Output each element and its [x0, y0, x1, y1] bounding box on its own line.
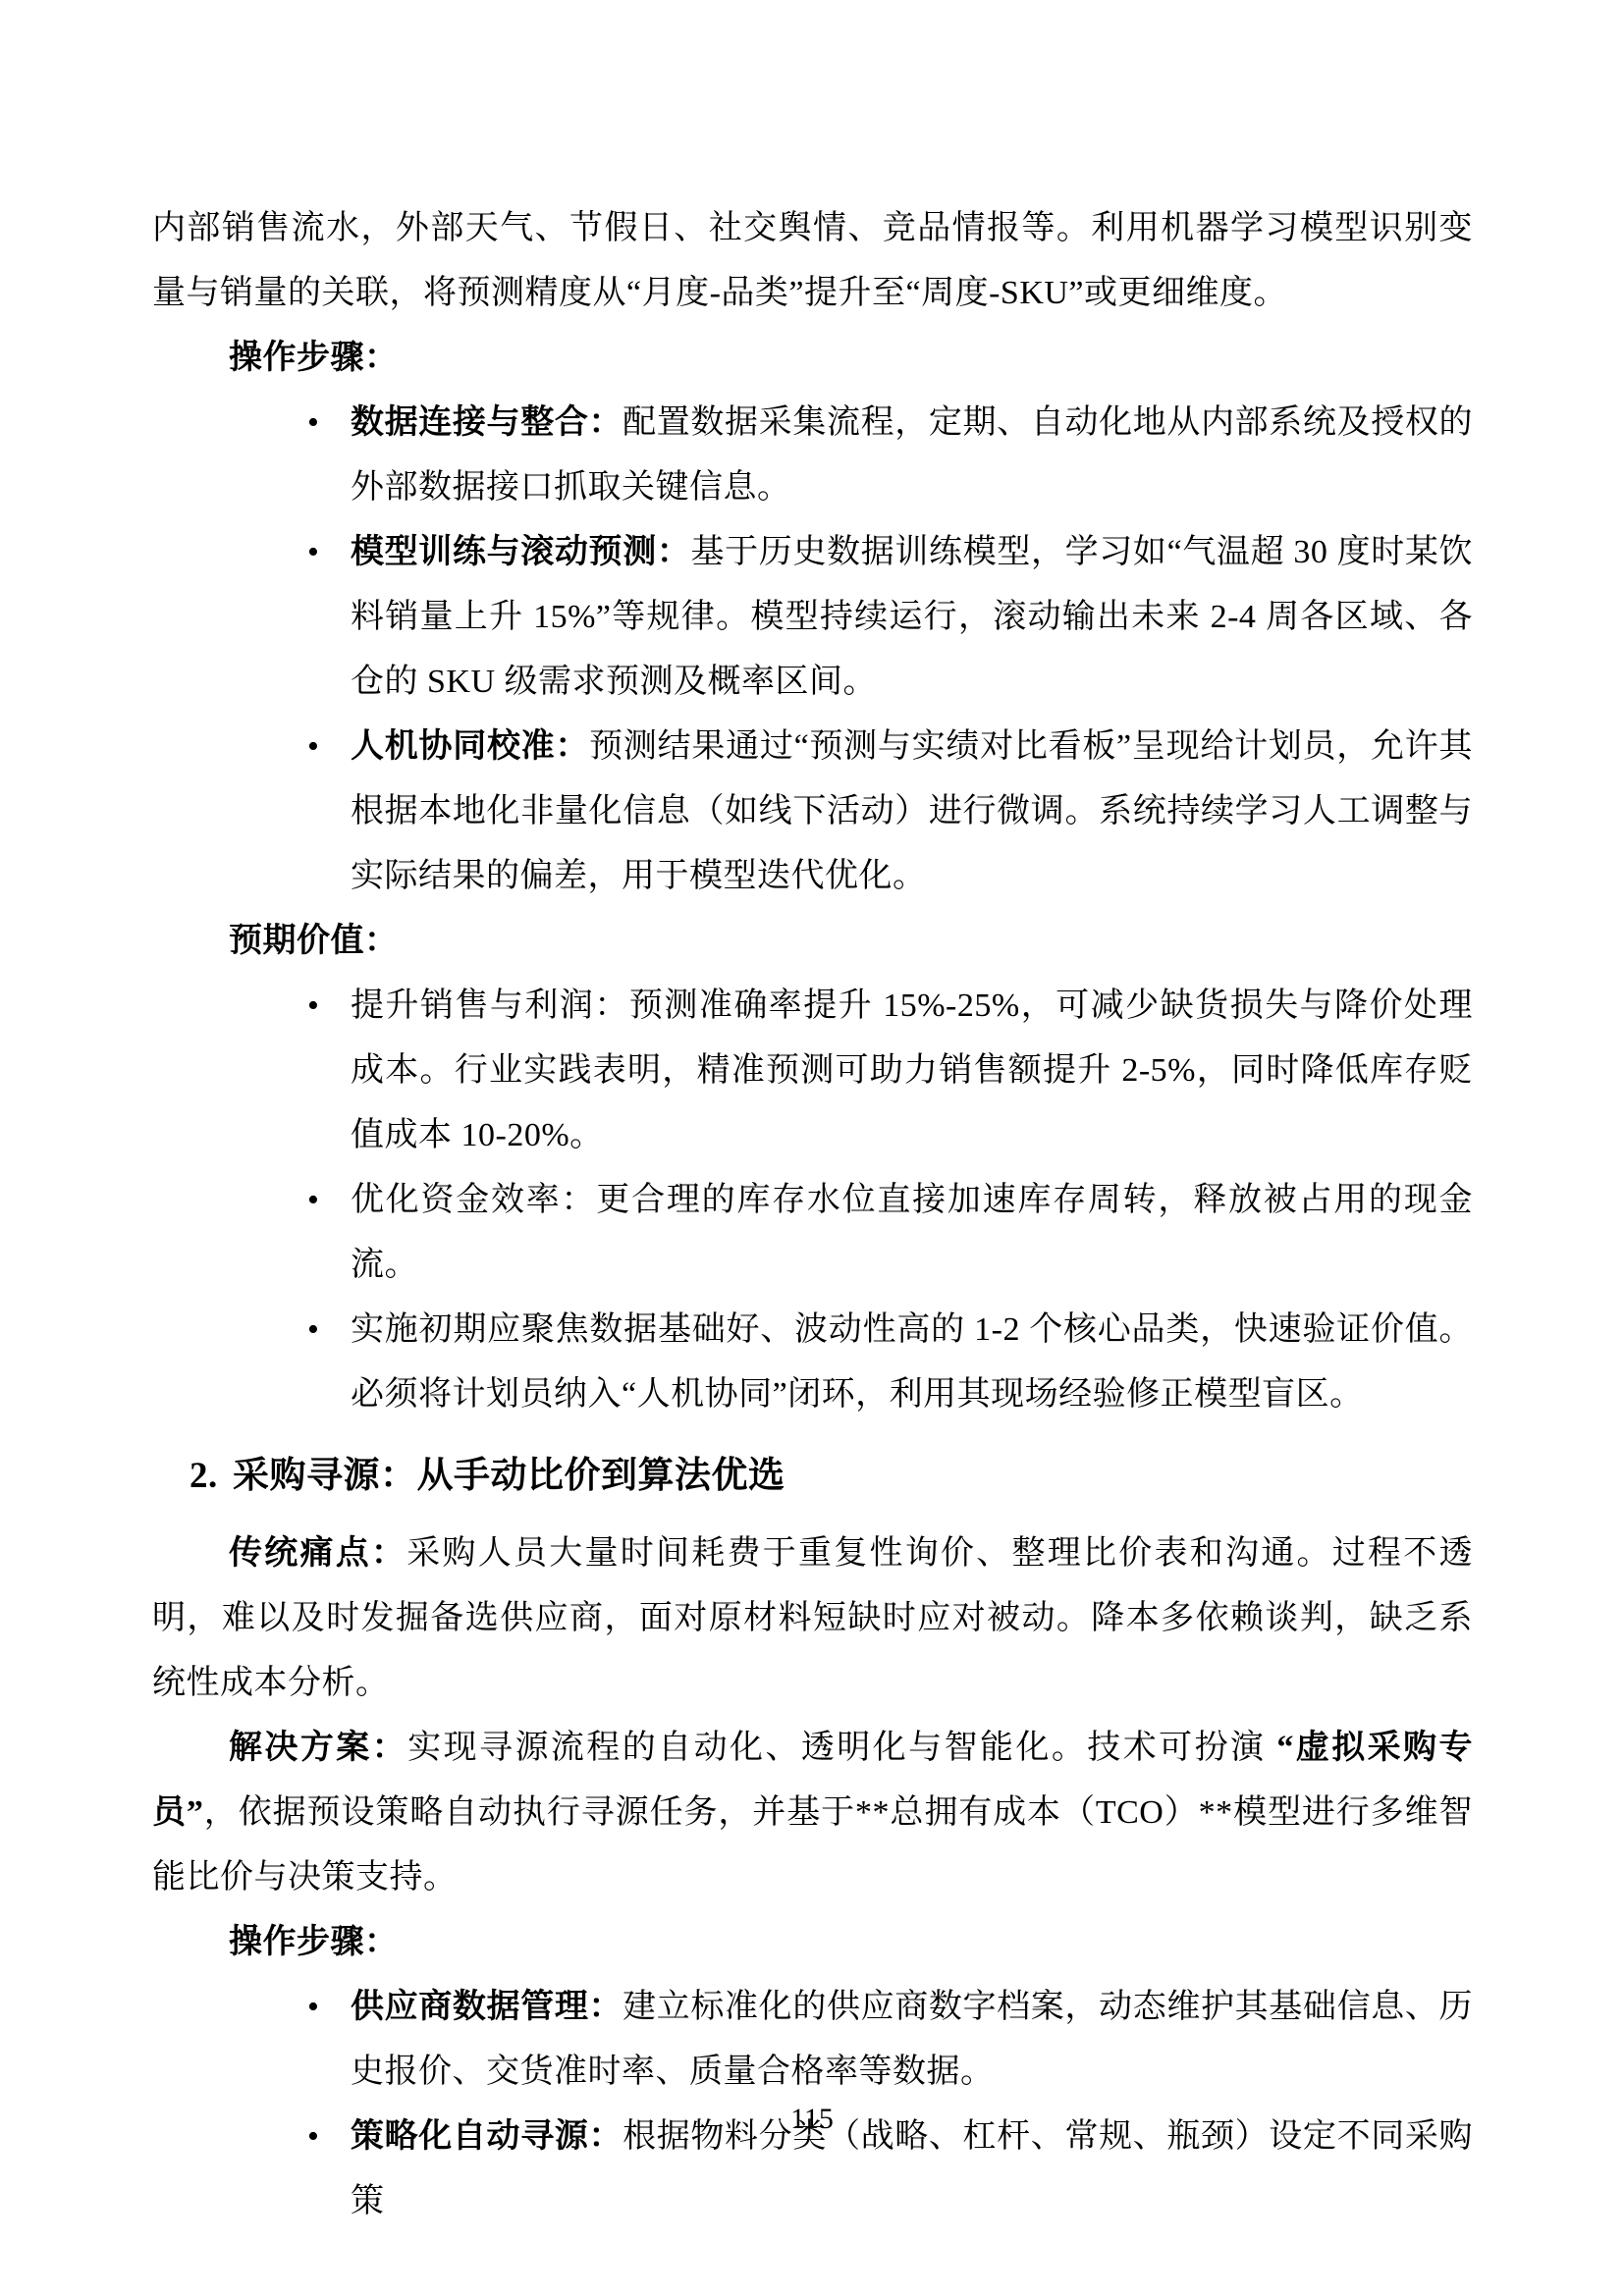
bullet-list-item: •人机协同校准：预测结果通过“预测与实绩对比看板”呈现给计划员，允许其根据本地化…: [307, 715, 1473, 909]
text-run: 实施初期应聚焦数据基础好、波动性高的 1-2 个核心品类，快速验证价值。必须将计…: [351, 1311, 1473, 1413]
bullet-list-item: •数据连接与整合：配置数据采集流程，定期、自动化地从内部系统及授权的外部数据接口…: [307, 391, 1473, 520]
text-run: 优化资金效率：更合理的库存水位直接加速库存周转，释放被占用的现金流。: [351, 1182, 1473, 1283]
body-paragraph: 内部销售流水，外部天气、节假日、社交舆情、竞品情报等。利用机器学习模型识别变量与…: [152, 196, 1473, 326]
page-number: 115: [0, 2103, 1624, 2136]
text-run: 内部销售流水，外部天气、节假日、社交舆情、竞品情报等。利用机器学习模型识别变量与…: [152, 210, 1473, 311]
text-run-bold: 解决方案：: [229, 1730, 407, 1766]
text-run-bold: 人机协同校准：: [351, 728, 589, 765]
bullet-list-item: •提升销售与利润：预测准确率提升 15%-25%，可减少缺货损失与降价处理成本。…: [307, 974, 1473, 1168]
bullet-text: 模型训练与滚动预测：基于历史数据训练模型，学习如“气温超 30 度时某饮料销量上…: [351, 520, 1473, 715]
bullet-list-item: •实施初期应聚焦数据基础好、波动性高的 1-2 个核心品类，快速验证价值。必须将…: [307, 1298, 1473, 1427]
text-run-bold: 模型训练与滚动预测：: [351, 534, 691, 570]
text-run: ，依据预设策略自动执行寻源任务，并基于**总拥有成本（TCO）**模型进行多维智…: [152, 1794, 1473, 1896]
text-run-bold: 传统痛点：: [229, 1535, 406, 1572]
document-body: 内部销售流水，外部天气、节假日、社交舆情、竞品情报等。利用机器学习模型识别变量与…: [152, 196, 1473, 2234]
sub-heading: 操作步骤：: [229, 326, 1473, 391]
bullet-marker-icon: •: [307, 391, 351, 520]
bullet-text: 供应商数据管理：建立标准化的供应商数字档案，动态维护其基础信息、历史报价、交货准…: [351, 1975, 1473, 2105]
heading-text: 采购寻源：从手动比价到算法优选: [233, 1439, 1473, 1514]
text-run-bold: 采购寻源：从手动比价到算法优选: [233, 1456, 785, 1496]
bullet-text: 提升销售与利润：预测准确率提升 15%-25%，可减少缺货损失与降价处理成本。行…: [351, 974, 1473, 1168]
text-run-bold: 数据连接与整合：: [351, 404, 623, 441]
section-heading: 2.采购寻源：从手动比价到算法优选: [152, 1439, 1473, 1514]
bullet-text: 人机协同校准：预测结果通过“预测与实绩对比看板”呈现给计划员，允许其根据本地化非…: [351, 715, 1473, 909]
bullet-list-item: •模型训练与滚动预测：基于历史数据训练模型，学习如“气温超 30 度时某饮料销量…: [307, 520, 1473, 715]
bullet-marker-icon: •: [307, 1168, 351, 1298]
body-paragraph: 传统痛点：采购人员大量时间耗费于重复性询价、整理比价表和沟通。过程不透明，难以及…: [152, 1522, 1473, 1716]
document-viewport: { "page": { "number": "115" }, "document…: [0, 0, 1624, 2296]
bullet-list-item: •供应商数据管理：建立标准化的供应商数字档案，动态维护其基础信息、历史报价、交货…: [307, 1975, 1473, 2105]
sub-heading: 预期价值：: [229, 909, 1473, 974]
bullet-marker-icon: •: [307, 715, 351, 909]
bullet-text: 数据连接与整合：配置数据采集流程，定期、自动化地从内部系统及授权的外部数据接口抓…: [351, 391, 1473, 520]
bullet-marker-icon: •: [307, 1975, 351, 2105]
text-run: 提升销售与利润：预测准确率提升 15%-25%，可减少缺货损失与降价处理成本。行…: [351, 988, 1473, 1153]
bullet-text: 优化资金效率：更合理的库存水位直接加速库存周转，释放被占用的现金流。: [351, 1168, 1473, 1298]
document-page: 内部销售流水，外部天气、节假日、社交舆情、竞品情报等。利用机器学习模型识别变量与…: [0, 0, 1624, 2296]
heading-number: 2.: [189, 1439, 233, 1514]
bullet-marker-icon: •: [307, 1298, 351, 1427]
bullet-text: 实施初期应聚焦数据基础好、波动性高的 1-2 个核心品类，快速验证价值。必须将计…: [351, 1298, 1473, 1427]
text-run: 实现寻源流程的自动化、透明化与智能化。技术可扮演: [407, 1730, 1276, 1766]
text-run-bold: 操作步骤：: [229, 340, 399, 376]
bullet-list-item: •优化资金效率：更合理的库存水位直接加速库存周转，释放被占用的现金流。: [307, 1168, 1473, 1298]
text-run-bold: 操作步骤：: [229, 1924, 399, 1960]
text-run-bold: 供应商数据管理：: [351, 1989, 623, 2025]
sub-heading: 操作步骤：: [229, 1910, 1473, 1975]
bullet-marker-icon: •: [307, 520, 351, 715]
body-paragraph: 解决方案：实现寻源流程的自动化、透明化与智能化。技术可扮演 “虚拟采购专员”，依…: [152, 1716, 1473, 1910]
bullet-marker-icon: •: [307, 974, 351, 1168]
text-run-bold: 预期价值：: [229, 923, 399, 959]
